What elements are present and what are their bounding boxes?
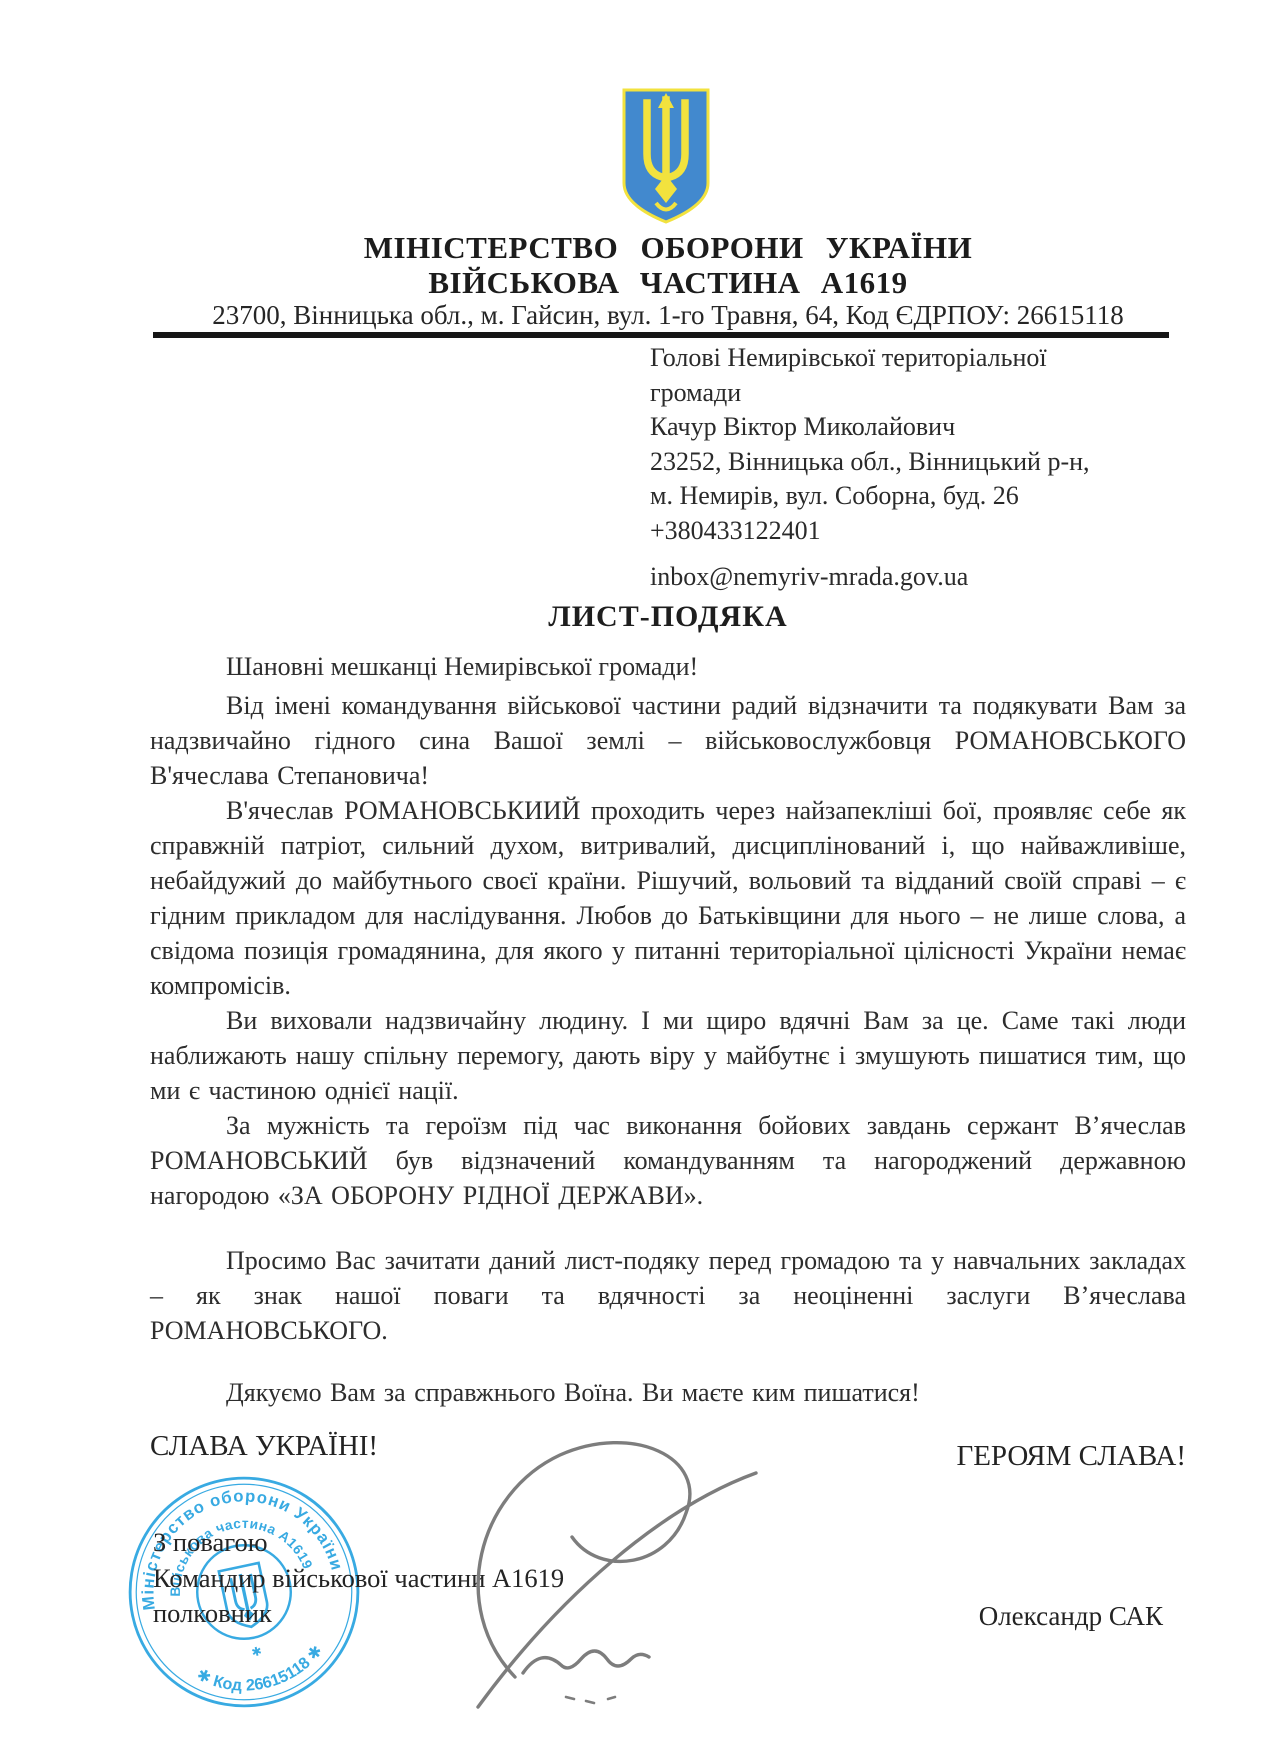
paragraph-4: За мужність та героїзм під час виконання… [150,1108,1186,1213]
recipient-phone: +380433122401 [650,514,1170,549]
letter-title: ЛИСТ-ПОДЯКА [150,600,1186,634]
paragraph-2: В'ячеслав РОМАНОВСЬКИИЙ проходить через … [150,793,1186,1003]
paragraph-6: Дякуємо Вам за справжнього Воїна. Ви має… [150,1375,1186,1410]
signer-name: Олександр САК [979,1601,1163,1632]
recipient-line: громади [650,376,1170,411]
scanned-letter-page: МІНІСТЕРСТВО ОБОРОНИ УКРАЇНИ ВІЙСЬКОВА Ч… [0,0,1273,1753]
military-unit-title: ВІЙСЬКОВА ЧАСТИНА А1619 [150,265,1186,301]
recipient-address-line: 23252, Вінницька обл., Вінницький р-н, [650,445,1170,480]
salutation: Шановні мешканці Немирівської громади! [226,652,698,682]
paragraph-1: Від імені командування військової частин… [150,688,1186,793]
paragraph-3: Ви виховали надзвичайну людину. І ми щир… [150,1003,1186,1108]
recipient-line: Голові Немирівської територіальної [650,341,1170,376]
stamp-star: ✱ [250,1644,263,1660]
header-divider-rule [153,332,1169,338]
ministry-title: МІНІСТЕРСТВО ОБОРОНИ УКРАЇНИ [150,230,1186,266]
handwritten-signature [420,1415,790,1715]
recipient-name: Качур Віктор Миколайович [650,410,1170,445]
signer-rank: полковник [153,1598,272,1629]
ukraine-trident-emblem [620,86,712,226]
recipient-address-line: м. Немирів, вул. Соборна, буд. 26 [650,479,1170,514]
letter-body: Від імені командування військової частин… [150,688,1186,1410]
slogan-slava-ukraini: СЛАВА УКРАЇНІ! [150,1430,378,1463]
unit-address-line: 23700, Вінницька обл., м. Гайсин, вул. 1… [150,300,1186,331]
paragraph-5: Просимо Вас зачитати даний лист-подяку п… [150,1243,1186,1348]
recipient-email: inbox@nemyriv-mrada.gov.ua [650,562,968,592]
signature-greeting: З повагою [153,1527,268,1558]
recipient-block: Голові Немирівської територіальної грома… [650,341,1170,548]
slogan-heroiam-slava: ГЕРОЯМ СЛАВА! [956,1440,1186,1473]
